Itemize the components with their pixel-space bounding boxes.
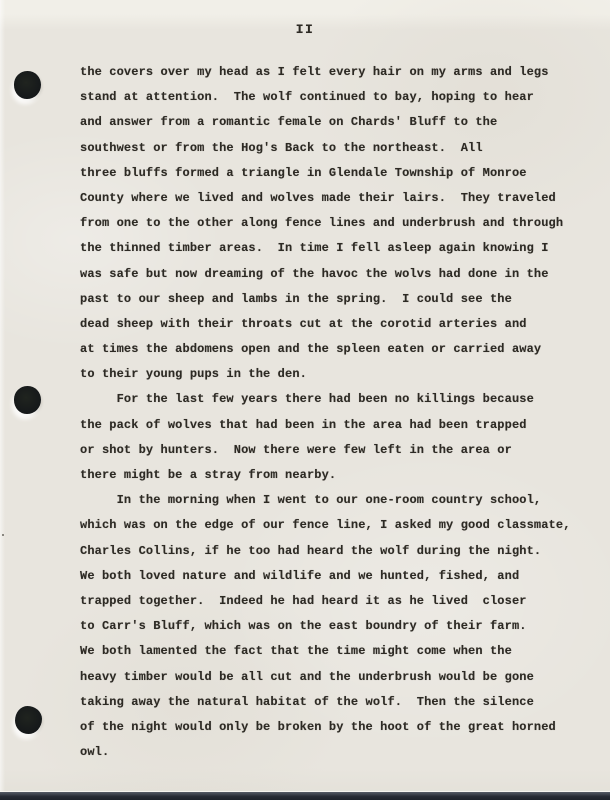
text-line: the thinned timber areas. In time I fell… xyxy=(80,236,585,261)
text-line: heavy timber would be all cut and the un… xyxy=(80,665,585,690)
text-line: to Carr's Bluff, which was on the east b… xyxy=(80,614,585,639)
scan-speck xyxy=(2,534,4,536)
text-line: was safe but now dreaming of the havoc t… xyxy=(80,262,585,287)
text-line: three bluffs formed a triangle in Glenda… xyxy=(80,161,585,186)
text-line: Charles Collins, if he too had heard the… xyxy=(80,539,585,564)
text-line: which was on the edge of our fence line,… xyxy=(80,513,585,538)
hole-punch-bottom xyxy=(15,706,42,734)
text-line: of the night would only be broken by the… xyxy=(80,715,585,740)
text-line: past to our sheep and lambs in the sprin… xyxy=(80,287,585,312)
hole-punch-top xyxy=(14,71,41,99)
text-line: dead sheep with their throats cut at the… xyxy=(80,312,585,337)
hole-punch-middle xyxy=(14,386,41,414)
text-line: For the last few years there had been no… xyxy=(80,387,585,412)
text-line: the covers over my head as I felt every … xyxy=(80,60,585,85)
text-line: We both loved nature and wildlife and we… xyxy=(80,564,585,589)
text-line: We both lamented the fact that the time … xyxy=(80,639,585,664)
text-line: taking away the natural habitat of the w… xyxy=(80,690,585,715)
text-line: or shot by hunters. Now there were few l… xyxy=(80,438,585,463)
text-line: owl. xyxy=(80,740,585,765)
text-line: and answer from a romantic female on Cha… xyxy=(80,110,585,135)
page-number: II xyxy=(0,22,610,37)
paper-left-edge xyxy=(0,0,5,800)
text-line: at times the abdomens open and the splee… xyxy=(80,337,585,362)
text-line: from one to the other along fence lines … xyxy=(80,211,585,236)
text-line: County where we lived and wolves made th… xyxy=(80,186,585,211)
scanned-page: II the covers over my head as I felt eve… xyxy=(0,0,610,800)
page-text: the covers over my head as I felt every … xyxy=(80,60,585,765)
text-line: In the morning when I went to our one-ro… xyxy=(80,488,585,513)
text-line: trapped together. Indeed he had heard it… xyxy=(80,589,585,614)
text-line: stand at attention. The wolf continued t… xyxy=(80,85,585,110)
text-line: to their young pups in the den. xyxy=(80,362,585,387)
text-line: the pack of wolves that had been in the … xyxy=(80,413,585,438)
text-line: there might be a stray from nearby. xyxy=(80,463,585,488)
scan-bottom-edge xyxy=(0,792,610,800)
text-line: southwest or from the Hog's Back to the … xyxy=(80,136,585,161)
